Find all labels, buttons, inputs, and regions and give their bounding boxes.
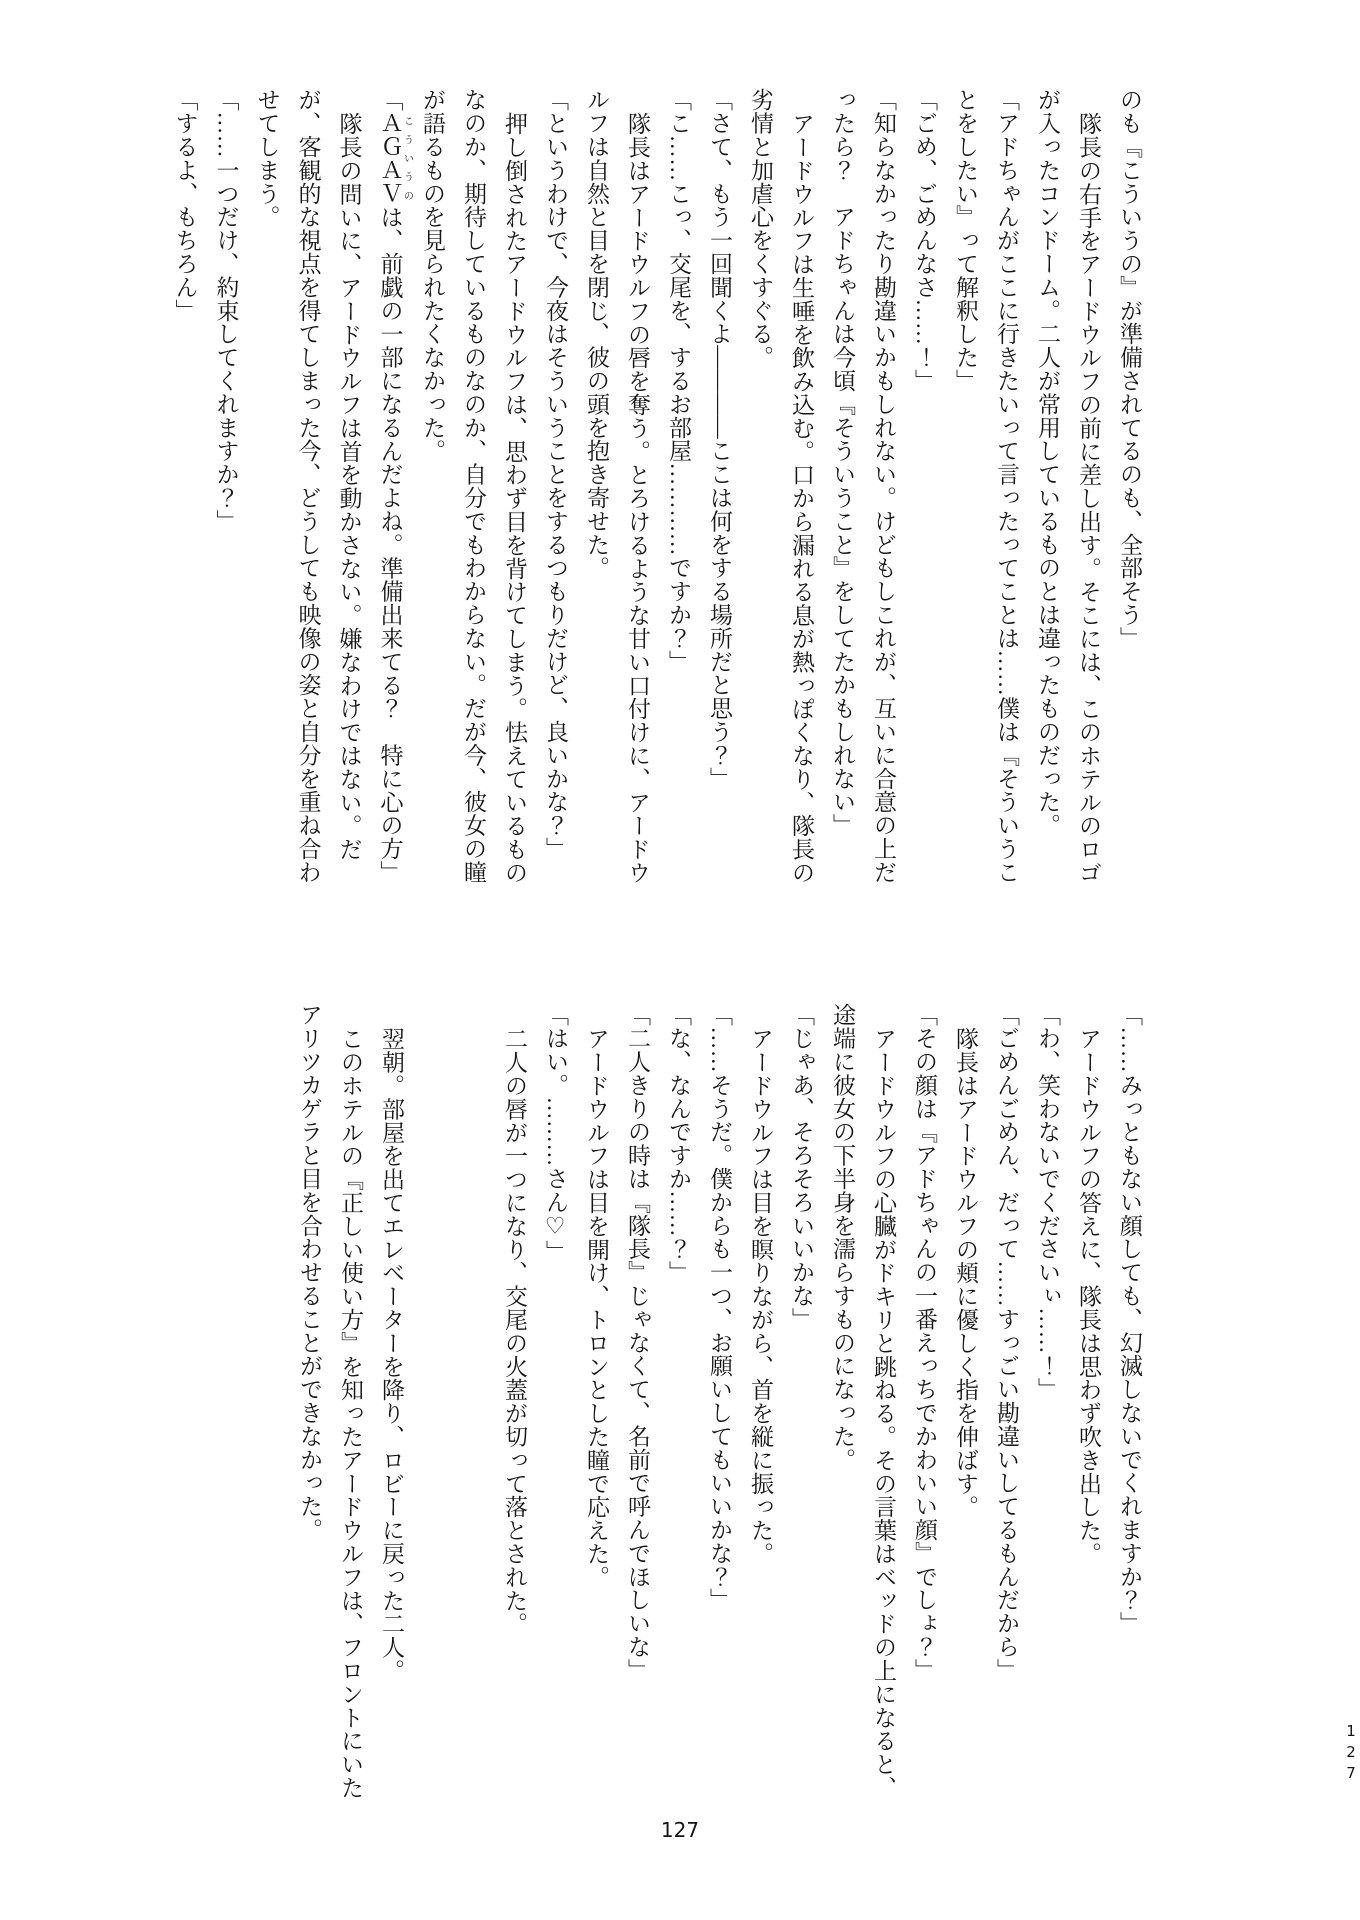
- paragraph: 「ごめ、ごめんなさ……！」: [904, 88, 945, 906]
- paragraph: 翌朝。部屋を出てエレベーターを降り、ロビーに戻った二人。: [371, 1003, 412, 1821]
- text-section-bottom: 「……みっともない顔しても、幻滅しないでくれますか？」アードウルフの答えに、隊長…: [289, 1003, 1150, 1821]
- paragraph: 隊長の右手をアードウルフの前に差し出す。そこには、このホテルのロゴが入ったコンド…: [1027, 88, 1109, 906]
- paragraph: 「……みっともない顔しても、幻滅しないでくれますか？」: [1109, 1003, 1150, 1821]
- page-number-bottom: 127: [0, 1818, 1360, 1842]
- paragraph: アードウルフは目を開け、トロンとした瞳で応えた。: [576, 1003, 617, 1821]
- paragraph: 押し倒されたアードウルフは、思わず目を背けてしまう。怯えているものなのか、期待し…: [412, 88, 535, 906]
- paragraph: アードウルフの答えに、隊長は思わず吹き出した。: [1068, 1003, 1109, 1821]
- paragraph: アードウルフの心臓がドキリと跳ねる。その言葉はベッドの上になると、途端に彼女の下…: [822, 1003, 904, 1821]
- page-number-edge: 127: [1343, 1722, 1358, 1785]
- paragraph: 「ＡＧＡＶこういうのは、前戯の一部になるんだよね。準備出来てる？ 特に心の方」: [370, 88, 413, 906]
- paragraph: 「知らなかったり勘違いかもしれない。けどもしこれが、互いに合意の上だったら？ ア…: [822, 88, 904, 906]
- paragraph: アードウルフは生唾を飲み込む。口から漏れる息が熱っぽくなり、隊長の劣情と加虐心を…: [740, 88, 822, 906]
- ruby-annotated-text: ＡＧＡＶこういうの: [378, 111, 403, 205]
- paragraph: 「二人きりの時は『隊長』じゃなくて、名前で呼んでほしいな」: [617, 1003, 658, 1821]
- text-section-top: のも『こういうの』が準備されてるのも、全部そう」隊長の右手をアードウルフの前に差…: [165, 88, 1151, 906]
- paragraph: 「……そうだ。僕からも一つ、お願いしてもいいかな？」: [699, 1003, 740, 1821]
- paragraph: 「こ……こっ、交尾を、するお部屋…………ですか？」: [658, 88, 699, 906]
- paragraph: 隊長はアードウルフの頬に優しく指を伸ばす。: [945, 1003, 986, 1821]
- paragraph: 「その顔は『アドちゃんの一番えっちでかわいい顔』でしょ？」: [904, 1003, 945, 1821]
- paragraph: 「……一つだけ、約束してくれますか？」: [206, 88, 247, 906]
- paragraph: 「ごめんごめん、だって……すっごい勘違いしてるもんだから」: [986, 1003, 1027, 1821]
- paragraph: 二人の唇が一つになり、交尾の火蓋が切って落とされた。: [494, 1003, 535, 1821]
- paragraph: 「というわけで、今夜はそういうことをするつもりだけど、良いかな？」: [535, 88, 576, 906]
- paragraph: 「わ、笑わないでくださいぃ……！」: [1027, 1003, 1068, 1821]
- paragraph: このホテルの『正しい使い方』を知ったアードウルフは、フロントにいたアリツカゲラと…: [289, 1003, 371, 1821]
- paragraph: 「アドちゃんがここに行きたいって言ったってことは……僕は『そういうことをしたい』…: [945, 88, 1027, 906]
- paragraph: 「な、なんですか……？」: [658, 1003, 699, 1821]
- paragraph: 「はい。………さん♡」: [535, 1003, 576, 1821]
- paragraph: アードウルフは目を瞑りながら、首を縦に振った。: [740, 1003, 781, 1821]
- paragraph: 「さて、もう一回聞くよ――――ここは何をする場所だと思う？」: [699, 88, 740, 906]
- paragraph: 隊長の問いに、アードウルフは首を動かさない。嫌なわけではない。だが、客観的な視点…: [247, 88, 370, 906]
- paragraph: 「するよ、もちろん」: [165, 88, 206, 906]
- paragraph: のも『こういうの』が準備されてるのも、全部そう」: [1109, 88, 1150, 906]
- paragraph: 「じゃあ、そろそろいいかな」: [781, 1003, 822, 1821]
- paragraph: 隊長はアードウルフの唇を奪う。とろけるような甘い口付けに、アードウルフは自然と目…: [576, 88, 658, 906]
